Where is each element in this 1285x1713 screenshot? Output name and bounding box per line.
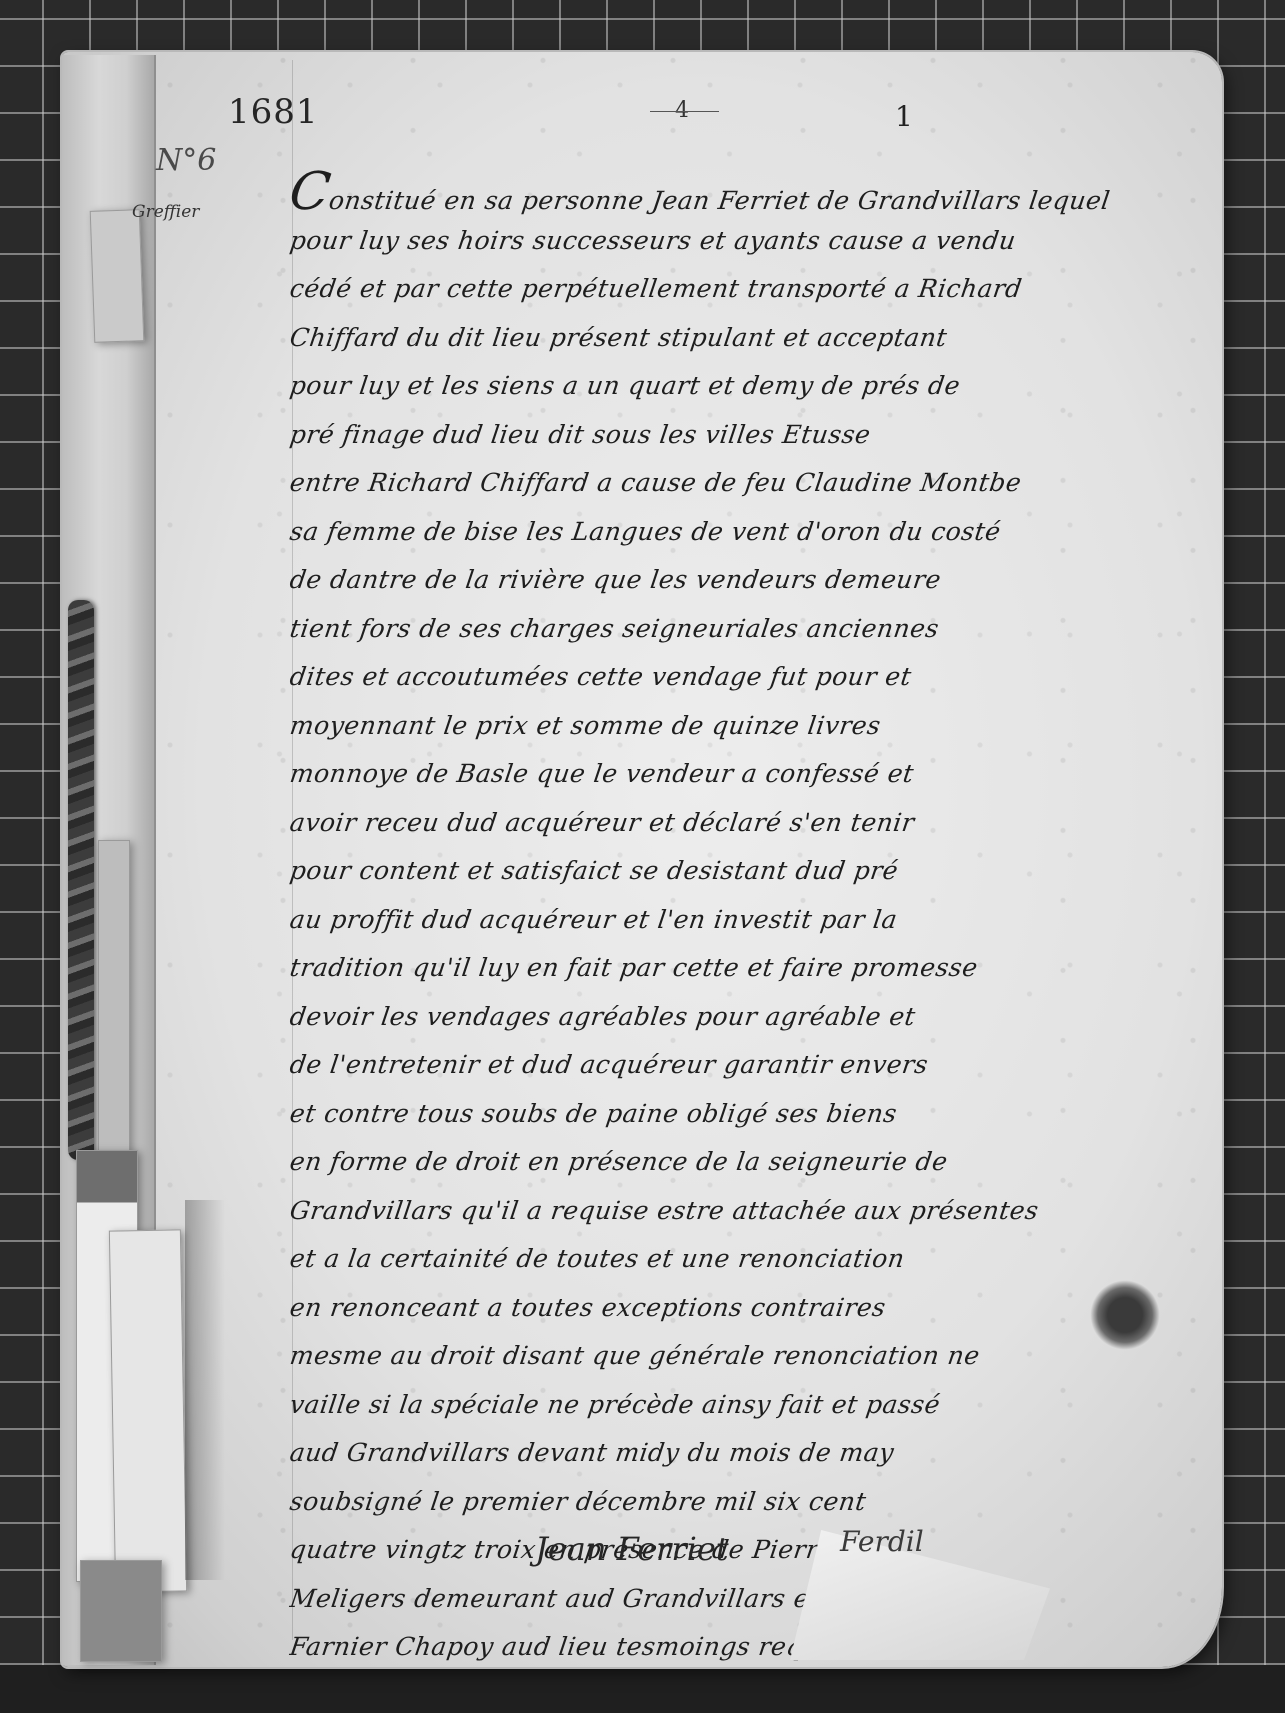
text-line: dites et accoutumées cette vendage fut p… bbox=[287, 653, 1214, 702]
text-line: Meligers demeurant aud Grandvillars et A… bbox=[287, 1575, 1214, 1624]
text-line: aud Grandvillars devant midy du mois de … bbox=[287, 1429, 1214, 1478]
repair-tape bbox=[90, 209, 145, 343]
marginal-office-note: Greffier bbox=[132, 202, 199, 222]
text-line: de l'entretenir et dud acquéreur garanti… bbox=[287, 1041, 1214, 1090]
text-line: Constitué en sa personne Jean Ferriet de… bbox=[287, 168, 1214, 217]
text-line: cédé et par cette perpétuellement transp… bbox=[287, 265, 1214, 314]
text-line: pour luy et les siens a un quart et demy… bbox=[287, 362, 1214, 411]
text-line: et a la certainité de toutes et une reno… bbox=[287, 1235, 1214, 1284]
text-line: tient fors de ses charges seigneuriales … bbox=[287, 605, 1214, 654]
text-line: tradition qu'il luy en fait par cette et… bbox=[287, 944, 1214, 993]
text-line: soubsigné le premier décembre mil six ce… bbox=[287, 1478, 1214, 1527]
marginal-number: N°6 bbox=[156, 143, 216, 178]
text-line: pré finage dud lieu dit sous les villes … bbox=[287, 411, 1214, 460]
folio-number: 1 bbox=[895, 100, 913, 133]
torn-corner bbox=[80, 1560, 162, 1662]
signature-second: Ferdil bbox=[840, 1525, 924, 1558]
text-line: mesme au droit disant que générale renon… bbox=[287, 1332, 1214, 1381]
text-line: Chiffard du dit lieu présent stipulant e… bbox=[287, 314, 1214, 363]
page-shadow bbox=[185, 1200, 225, 1580]
text-line: monnoye de Basle que le vendeur a confes… bbox=[287, 750, 1214, 799]
repair-tape bbox=[109, 1229, 187, 1592]
marginal-year: 1681 bbox=[228, 92, 319, 132]
text-line: avoir receu dud acquéreur et déclaré s'e… bbox=[287, 799, 1214, 848]
text-line: pour content et satisfaict se desistant … bbox=[287, 847, 1214, 896]
text-line: moyennant le prix et somme de quinze liv… bbox=[287, 702, 1214, 751]
text-line: devoir les vendages agréables pour agréa… bbox=[287, 993, 1214, 1042]
text-line: Farnier Chapoy aud lieu tesmoings requis bbox=[287, 1623, 1214, 1672]
text-line: au proffit dud acquéreur et l'en investi… bbox=[287, 896, 1214, 945]
text-line: en forme de droit en présence de la seig… bbox=[287, 1138, 1214, 1187]
handwritten-body: Constitué en sa personne Jean Ferriet de… bbox=[290, 168, 1210, 1672]
text-line: quatre vingtz troix en présence de Pierr… bbox=[287, 1526, 1214, 1575]
cutting-mat-bottom-edge bbox=[0, 1665, 1285, 1713]
text-line: Grandvillars qu'il a requise estre attac… bbox=[287, 1187, 1214, 1236]
text-line: vaille si la spéciale ne précède ainsy f… bbox=[287, 1381, 1214, 1430]
binding-cord bbox=[68, 600, 94, 1160]
text-line: entre Richard Chiffard a cause de feu Cl… bbox=[287, 459, 1214, 508]
text-line: de dantre de la rivière que les vendeurs… bbox=[287, 556, 1214, 605]
text-line: et contre tous soubs de paine obligé ses… bbox=[287, 1090, 1214, 1139]
signature-jean-ferriet: Jean Ferriet bbox=[535, 1530, 729, 1568]
page-mark-top: 4 bbox=[675, 98, 689, 123]
text-line: pour luy ses hoirs successeurs et ayants… bbox=[287, 217, 1214, 266]
text-line: sa femme de bise les Langues de vent d'o… bbox=[287, 508, 1214, 557]
text-line: en renonceant a toutes exceptions contra… bbox=[287, 1284, 1214, 1333]
